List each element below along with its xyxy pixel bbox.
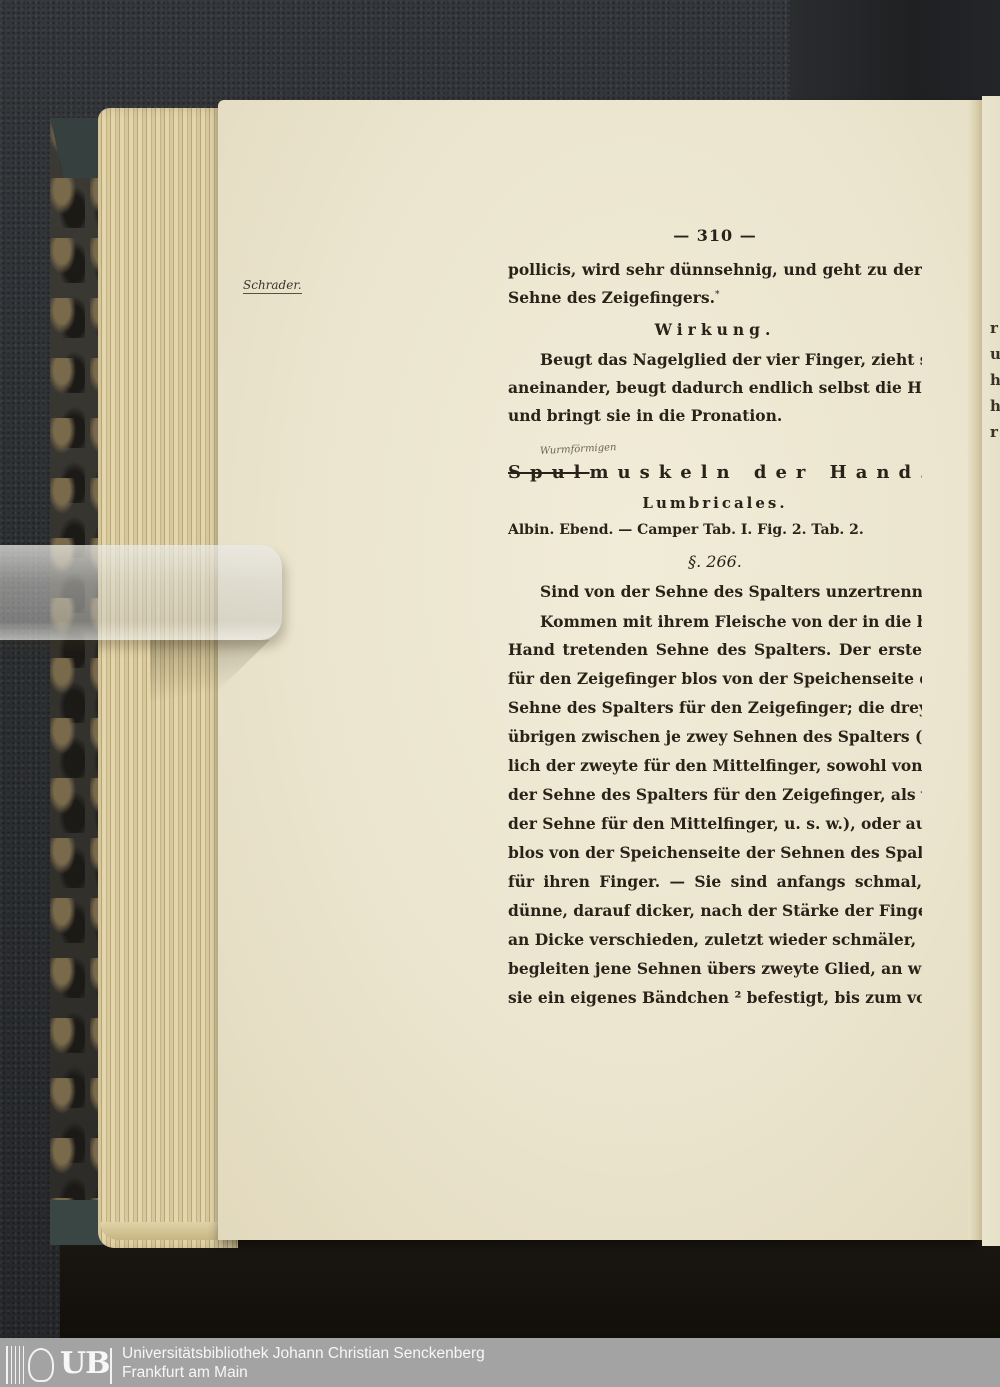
text-line: Sehne des Zeigefingers.*	[508, 288, 922, 307]
library-footer-bar: UB Universitätsbibliothek Johann Christi…	[0, 1338, 1000, 1387]
body-line: sie ein eigenes Bändchen ² befestigt, bi…	[508, 988, 922, 1007]
body-line: der Sehne des Spalters für den Zeigefing…	[508, 785, 922, 804]
body-line: Kommen mit ihrem Fleische von der in die…	[508, 612, 922, 631]
logo-pillars-icon	[6, 1346, 24, 1384]
body-line: der Sehne für den Mittelfinger, u. s. w.…	[508, 814, 922, 833]
footnote-mark: *	[715, 290, 720, 300]
body-line: für ihren Finger. — Sie sind anfangs sch…	[508, 872, 922, 891]
section-heading: Spulmuskeln der Hand.	[508, 462, 922, 483]
logo-divider	[110, 1348, 112, 1384]
body-line: Sehne des Spalters für den Zeigefinger; …	[508, 698, 922, 717]
facing-page-edge	[982, 96, 1000, 1246]
body-line: übrigen zwischen je zwey Sehnen des Spal…	[508, 727, 922, 746]
book-gutter	[968, 100, 982, 1240]
institution-name: Universitätsbibliothek Johann Christian …	[122, 1344, 485, 1382]
institution-line-2: Frankfurt am Main	[122, 1363, 485, 1382]
logo-ub-text: UB	[60, 1346, 110, 1381]
ub-logo: UB	[4, 1338, 112, 1387]
body-line: blos von der Speichenseite der Sehnen de…	[508, 843, 922, 862]
body-line: für den Zeigefinger blos von der Speiche…	[508, 669, 922, 688]
body-line: Hand tretenden Sehne des Spalters. Der e…	[508, 640, 922, 659]
bottom-shadow	[60, 1240, 1000, 1338]
body-line: dünne, darauf dicker, nach der Stärke de…	[508, 901, 922, 920]
body-line: an Dicke verschieden, zuletzt wieder sch…	[508, 930, 922, 949]
references-line: Albin. Ebend. — Camper Tab. I. Fig. 2. T…	[508, 522, 922, 538]
page-number: — 310 —	[508, 226, 922, 245]
text-line: pollicis, wird sehr dünnsehnig, und geht…	[508, 260, 922, 279]
subheading-wirkung: Wirkung.	[508, 320, 922, 339]
struck-word: Spul	[508, 462, 590, 483]
text-line: Beugt das Nagelglied der vier Finger, zi…	[508, 350, 922, 369]
handwritten-margin-annotation: Schrader.	[243, 278, 302, 294]
logo-portrait-icon	[28, 1348, 54, 1382]
glass-page-weight	[0, 545, 282, 640]
body-line: Sind von der Sehne des Spalters unzertre…	[508, 582, 922, 601]
latin-name: Lumbricales.	[508, 494, 922, 512]
facing-page-letters: r u h h r	[990, 315, 1000, 445]
body-line: lich der zweyte für den Mittelfinger, so…	[508, 756, 922, 775]
text-line: und bringt sie in die Pronation.	[508, 406, 922, 425]
institution-line-1: Universitätsbibliothek Johann Christian …	[122, 1344, 485, 1363]
paragraph-number: §. 266.	[508, 552, 922, 571]
body-line: begleiten jene Sehnen übers zweyte Glied…	[508, 959, 922, 978]
text-line: aneinander, beugt dadurch endlich selbst…	[508, 378, 922, 397]
